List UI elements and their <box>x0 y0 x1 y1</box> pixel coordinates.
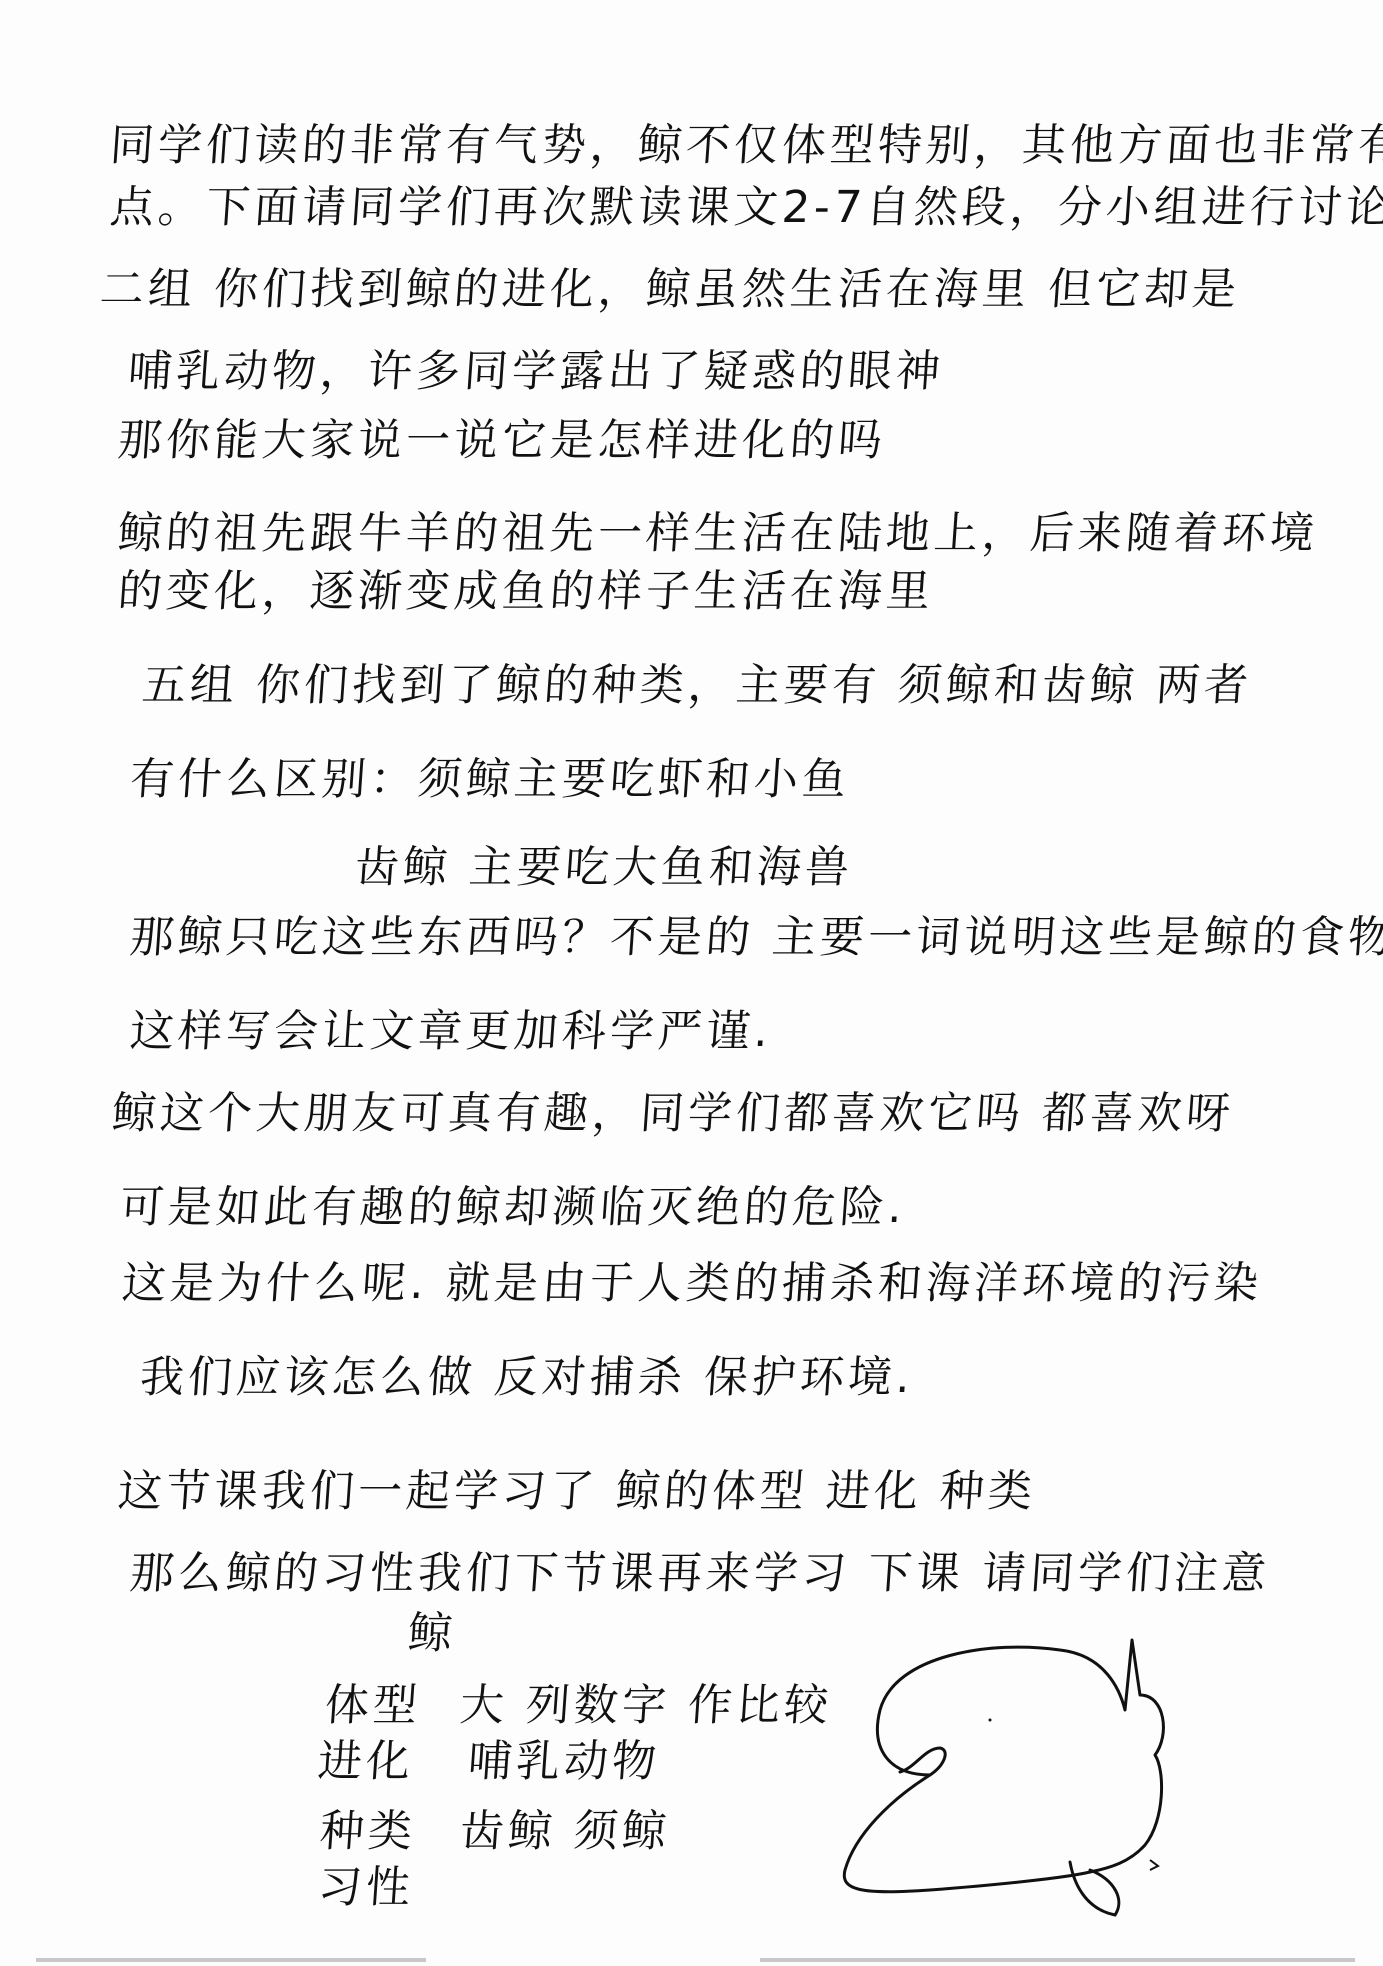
text-line: 我们应该怎么做 反对捕杀 保护环境. <box>138 1350 916 1406</box>
text-line: 这是为什么呢. 就是由于人类的捕杀和海洋环境的污染 <box>120 1256 1264 1312</box>
text-line: 同学们读的非常有气势，鲸不仅体型特别，其他方面也非常有特 <box>108 118 1383 174</box>
outline-value-evolution: 哺乳动物 <box>466 1734 662 1790</box>
outline-title: 鲸 <box>406 1606 458 1662</box>
text-line: 鲸的祖先跟牛羊的祖先一样生活在陆地上，后来随着环境 <box>116 506 1320 562</box>
outline-label-species: 种类 <box>318 1804 418 1860</box>
text-line: 五组 你们找到了鲸的种类，主要有 须鲸和齿鲸 两者 <box>140 658 1254 714</box>
text-line: 那你能大家说一说它是怎样进化的吗 <box>116 413 888 469</box>
outline-label-habits: 习性 <box>316 1860 416 1916</box>
text-line: 二组 你们找到鲸的进化，鲸虽然生活在海里 但它却是 <box>98 262 1242 318</box>
text-line: 有什么区别：须鲸主要吃虾和小鱼 <box>128 752 852 808</box>
whale-drawing-icon <box>820 1600 1280 1920</box>
text-line: 这节课我们一起学习了 鲸的体型 进化 种类 <box>116 1464 1038 1520</box>
text-line: 哺乳动物，许多同学露出了疑惑的眼神 <box>126 344 946 400</box>
outline-label-body-type: 体型 <box>323 1678 423 1734</box>
outline-value-species: 齿鲸 须鲸 <box>458 1804 672 1860</box>
text-line: 点。下面请同学们再次默读课文2-7自然段，分小组进行讨论 <box>108 180 1383 236</box>
scan-edge-right <box>760 1958 1355 1962</box>
outline-label-evolution: 进化 <box>316 1734 416 1790</box>
text-line: 可是如此有趣的鲸却濒临灭绝的危险. <box>118 1180 908 1236</box>
scan-edge-left <box>36 1958 426 1962</box>
text-line: 的变化，逐渐变成鱼的样子生活在海里 <box>116 564 936 620</box>
text-line: 鲸这个大朋友可真有趣，同学们都喜欢它吗 都喜欢呀 <box>110 1086 1236 1142</box>
text-line: 齿鲸 主要吃大鱼和海兽 <box>353 840 855 896</box>
outline-value-body-type: 大 列数字 作比较 <box>458 1678 834 1734</box>
text-line: 这样写会让文章更加科学严谨. <box>128 1004 774 1060</box>
text-line: 那么鲸的习性我们下节课再来学习 下课 请同学们注意 <box>128 1546 1272 1602</box>
text-line: 那鲸只吃这些东西吗？不是的 主要一词说明这些是鲸的食物 <box>128 910 1383 966</box>
